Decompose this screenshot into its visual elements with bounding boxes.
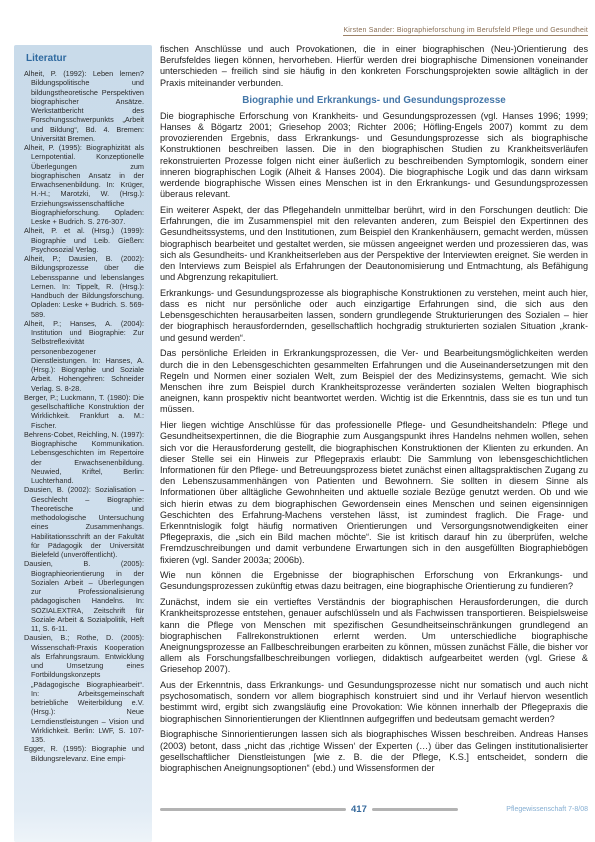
reference-item: Berger, P.; Luckmann, T. (1980): Die ges…: [24, 393, 144, 430]
body-paragraph: Aus der Erkenntnis, dass Erkrankungs- un…: [160, 680, 588, 725]
body-paragraph: Die biographische Erforschung von Krankh…: [160, 111, 588, 201]
reference-item: Alheit, P.; Dausien, B. (2002): Bildungs…: [24, 254, 144, 319]
literature-sidebar: Literatur Alheit, P. (1992): Leben lerne…: [14, 45, 152, 842]
reference-item: Alheit, P. (1995): Biographizität als Le…: [24, 143, 144, 226]
article-body: fischen Anschlüsse und auch Provokatione…: [160, 44, 588, 779]
page-footer: 417 Pflegewissenschaft 7-8/08: [160, 804, 588, 815]
page-number: 417: [351, 804, 367, 815]
body-paragraph: Hier liegen wichtige Anschlüsse für das …: [160, 420, 588, 566]
footer-rule-left: [160, 808, 346, 811]
reference-item: Alheit, P.; Hanses, A. (2004): Instituti…: [24, 319, 144, 393]
reference-item: Behrens-Cobet, Reichling, N. (1997): Bio…: [24, 430, 144, 486]
footer-rule-right: [372, 808, 458, 811]
reference-item: Dausien, B. (2002): Sozialisation – Gesc…: [24, 485, 144, 559]
running-header: Kirsten Sander: Biographieforschung im B…: [343, 27, 588, 36]
body-paragraph: Biographische Sinnorientierungen lassen …: [160, 729, 588, 774]
reference-list: Alheit, P. (1992): Leben lernen? Bildung…: [24, 69, 144, 763]
literature-title: Literatur: [26, 53, 144, 64]
reference-item: Alheit, P. (1992): Leben lernen? Bildung…: [24, 69, 144, 143]
body-paragraph: Das persönliche Erleiden in Erkrankungsp…: [160, 348, 588, 415]
intro-paragraph: fischen Anschlüsse und auch Provokatione…: [160, 44, 588, 89]
reference-item: Alheit, P. et al. (Hrsg.) (1999): Biogra…: [24, 226, 144, 254]
journal-issue: Pflegewissenschaft 7-8/08: [506, 806, 588, 813]
reference-item: Egger, R. (1995): Biographie und Bildung…: [24, 744, 144, 763]
body-paragraph: Erkrankungs- und Gesundungsprozesse als …: [160, 288, 588, 344]
reference-item: Dausien, B.; Rothe, D. (2005): Wissensch…: [24, 633, 144, 744]
section-heading: Biographie und Erkrankungs- und Gesundun…: [160, 95, 588, 106]
paragraph-list: Die biographische Erforschung von Krankh…: [160, 111, 588, 774]
reference-item: Dausien, B. (2005): Biographieorientieru…: [24, 559, 144, 633]
body-paragraph: Ein weiterer Aspekt, der das Pflegehande…: [160, 205, 588, 283]
document-page: Kirsten Sander: Biographieforschung im B…: [0, 0, 595, 842]
body-paragraph: Zunächst, indem sie ein vertieftes Verst…: [160, 597, 588, 675]
body-paragraph: Wie nun können die Ergebnisse der biogra…: [160, 570, 588, 592]
